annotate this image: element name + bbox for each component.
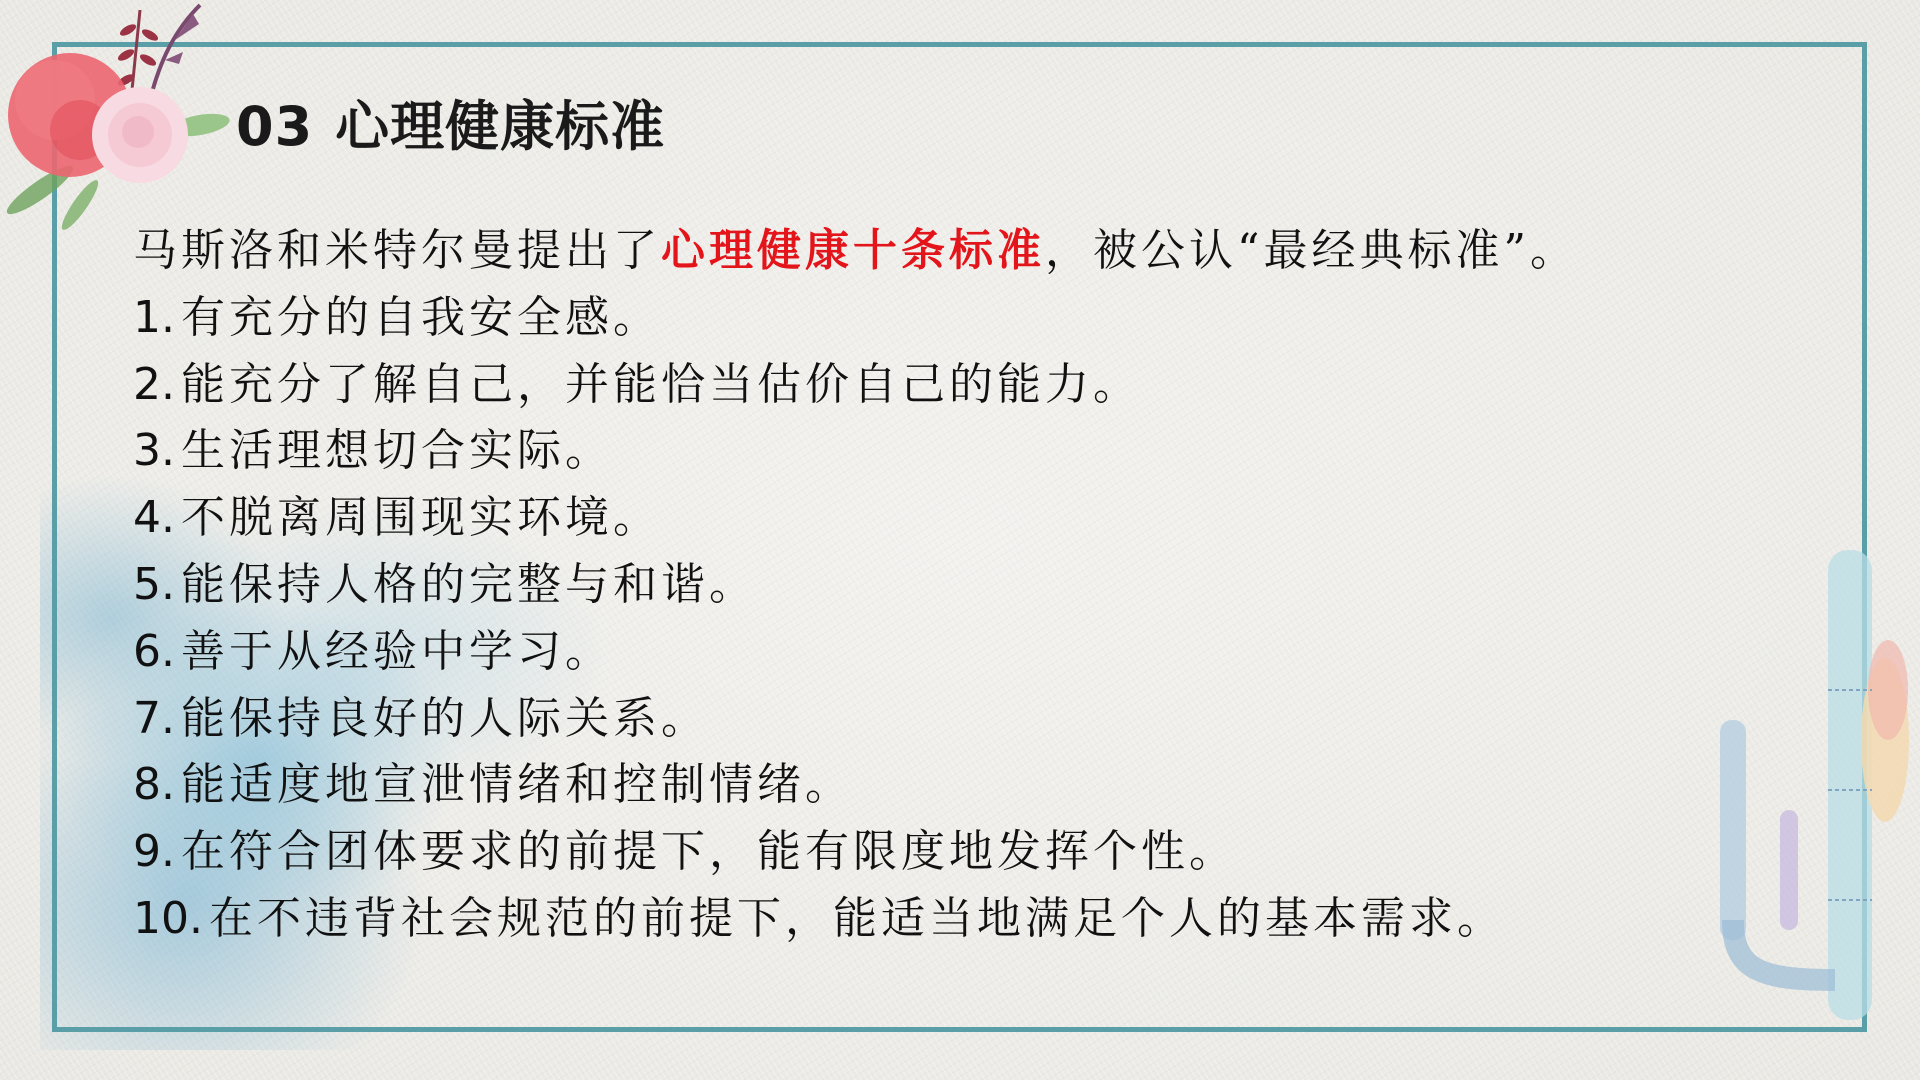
list-item: 10.在不违背社会规范的前提下，能适当地满足个人的基本需求。	[133, 886, 1873, 953]
item-number: 7.	[133, 693, 175, 744]
pink-peony-icon	[92, 87, 188, 183]
item-number: 1.	[133, 292, 175, 343]
item-number: 2.	[133, 359, 175, 410]
item-text: 能适度地宣泄情绪和控制情绪。	[181, 759, 853, 810]
item-text: 在不违背社会规范的前提下，能适当地满足个人的基本需求。	[209, 893, 1505, 944]
list-item: 7.能保持良好的人际关系。	[133, 686, 1873, 753]
intro-text-before: 马斯洛和米特尔曼提出了	[133, 225, 661, 276]
list-item: 3.生活理想切合实际。	[133, 418, 1873, 485]
item-text: 不脱离周围现实环境。	[181, 492, 661, 543]
item-text: 在符合团体要求的前提下，能有限度地发挥个性。	[181, 826, 1237, 877]
item-number: 4.	[133, 492, 175, 543]
lavender-sprig-icon	[150, 5, 200, 100]
title-text: 心理健康标准	[335, 95, 665, 158]
item-text: 能保持良好的人际关系。	[181, 693, 709, 744]
standards-list: 马斯洛和米特尔曼提出了心理健康十条标准，被公认“最经典标准”。 1.有充分的自我…	[133, 218, 1873, 953]
item-text: 善于从经验中学习。	[181, 626, 613, 677]
item-number: 10.	[133, 893, 203, 944]
item-number: 5.	[133, 559, 175, 610]
intro-text-after: ，被公认“最经典标准”。	[1045, 225, 1578, 276]
intro-highlight: 心理健康十条标准	[661, 225, 1045, 276]
list-item: 4.不脱离周围现实环境。	[133, 485, 1873, 552]
list-item: 8.能适度地宣泄情绪和控制情绪。	[133, 752, 1873, 819]
list-item: 2.能充分了解自己，并能恰当估价自己的能力。	[133, 352, 1873, 419]
item-text: 生活理想切合实际。	[181, 425, 613, 476]
list-item: 6.善于从经验中学习。	[133, 619, 1873, 686]
item-number: 9.	[133, 826, 175, 877]
list-item: 1.有充分的自我安全感。	[133, 285, 1873, 352]
item-number: 8.	[133, 759, 175, 810]
item-text: 有充分的自我安全感。	[181, 292, 661, 343]
list-item: 5.能保持人格的完整与和谐。	[133, 552, 1873, 619]
item-text: 能充分了解自己，并能恰当估价自己的能力。	[181, 359, 1141, 410]
list-item: 9.在符合团体要求的前提下，能有限度地发挥个性。	[133, 819, 1873, 886]
item-text: 能保持人格的完整与和谐。	[181, 559, 757, 610]
flower-bouquet-icon	[0, 0, 240, 230]
slide-title: 03心理健康标准	[236, 92, 665, 162]
item-number: 6.	[133, 626, 175, 677]
section-number: 03	[236, 95, 313, 158]
intro-line: 马斯洛和米特尔曼提出了心理健康十条标准，被公认“最经典标准”。	[133, 218, 1873, 285]
item-number: 3.	[133, 425, 175, 476]
